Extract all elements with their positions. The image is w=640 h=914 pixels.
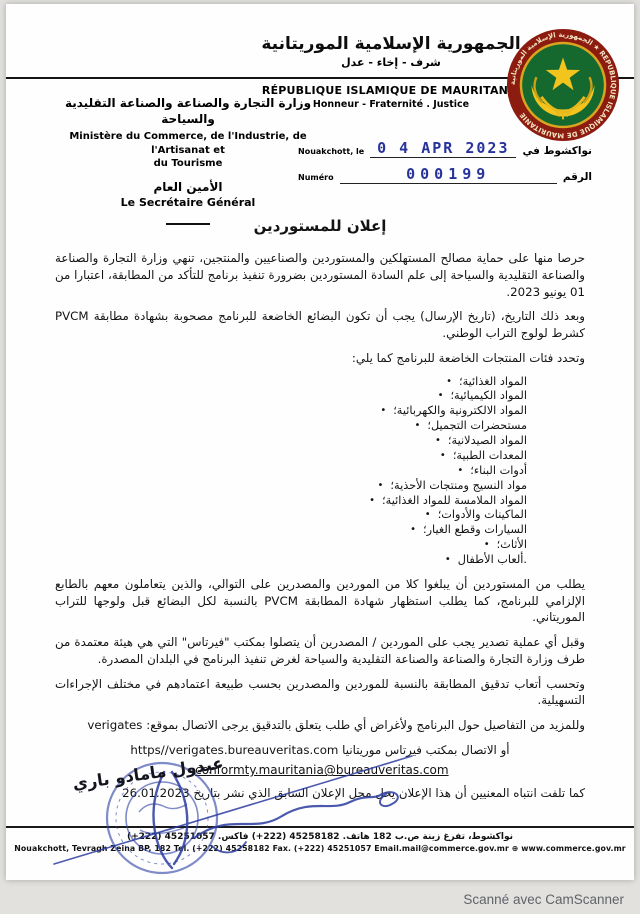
- ministry-block: وزارة التجارة والصناعة والصناعة التقليدي…: [48, 96, 328, 225]
- date-field: 0 4 APR 2023: [370, 138, 516, 158]
- category-item: •الماكينات والأدوات؛: [55, 508, 527, 523]
- category-label: المواد الالكترونية والكهربائية؛: [393, 404, 527, 417]
- category-item: •ألعاب الأطفال.: [55, 553, 527, 568]
- bullet-icon: •: [369, 495, 375, 506]
- paragraph-intro: حرصا منها على حماية مصالح المستهلكين وال…: [55, 250, 585, 300]
- ministry-name-french-line2: du Tourisme: [48, 157, 328, 171]
- ministry-name-french-line1: Ministère du Commerce, de l'Industrie, d…: [48, 130, 328, 157]
- category-label: المعدات الطبية؛: [453, 449, 527, 462]
- category-label: ألعاب الأطفال.: [458, 553, 527, 566]
- bullet-icon: •: [438, 390, 444, 401]
- secretary-general-french: Le Secrétaire Général: [48, 196, 328, 209]
- signature-block: عبدول مامادو باري: [44, 742, 474, 880]
- category-item: •المعدات الطبية؛: [55, 449, 527, 464]
- category-item: •المواد الملامسة للمواد الغذائية؛: [55, 494, 527, 509]
- category-item: •الأثاث؛: [55, 538, 527, 553]
- category-label: المواد الغذائية؛: [459, 375, 527, 388]
- bullet-icon: •: [440, 450, 446, 461]
- paragraph-veritas: وقبل أي عملية تصدير يجب على الموردين / ا…: [55, 634, 585, 668]
- document-title: إعلان للمستوردين: [55, 217, 585, 235]
- republic-title-arabic: الجمهورية الإسلامية الموريتانية: [236, 34, 546, 54]
- number-stamp: 000199: [406, 165, 490, 183]
- category-label: مستحضرات التجميل؛: [427, 419, 527, 432]
- bullet-icon: •: [435, 435, 441, 446]
- category-label: الأثاث؛: [497, 538, 527, 551]
- category-label: الماكينات والأدوات؛: [438, 508, 527, 521]
- number-field: 000199: [340, 164, 557, 184]
- product-category-list: •المواد الغذائية؛•المواد الكيميائية؛•الم…: [55, 375, 527, 568]
- category-item: •السيارات وقطع الغيار؛: [55, 523, 527, 538]
- secretary-general-arabic: الأمين العام: [48, 180, 328, 194]
- bullet-icon: •: [445, 554, 451, 565]
- bullet-icon: •: [457, 465, 463, 476]
- category-item: •المواد الالكترونية والكهربائية؛: [55, 404, 527, 419]
- camscanner-watermark: Scanné avec CamScanner: [463, 892, 624, 907]
- category-item: •مواد النسيج ومنتجات الأحذية؛: [55, 479, 527, 494]
- bullet-icon: •: [484, 539, 490, 550]
- paragraph-more-details: وللمزيد من التفاصيل حول البرنامج ولأغراض…: [55, 717, 585, 734]
- mauritania-seal-icon: الجمهورية الإسلامية الموريتانية ★ REPUBL…: [504, 26, 622, 144]
- paragraph-notify: يطلب من المستوردين أن يبلغوا كلا من المو…: [55, 576, 585, 626]
- bullet-icon: •: [446, 376, 452, 387]
- letter-body: إعلان للمستوردين حرصا منها على حماية مصا…: [55, 217, 585, 810]
- category-item: •مستحضرات التجميل؛: [55, 419, 527, 434]
- category-item: •المواد الكيميائية؛: [55, 389, 527, 404]
- paragraph-list-intro: وتحدد فئات المنتجات الخاضعة للبرنامج كما…: [55, 350, 585, 367]
- document-page: الجمهورية الإسلامية الموريتانية شرف - إخ…: [6, 4, 634, 880]
- category-label: المواد الكيميائية؛: [450, 389, 527, 402]
- bullet-icon: •: [415, 420, 421, 431]
- category-label: أدوات البناء؛: [470, 464, 527, 477]
- category-item: •المواد الغذائية؛: [55, 375, 527, 390]
- bullet-icon: •: [410, 524, 416, 535]
- blue-stamp-and-signature-icon: [44, 742, 474, 880]
- date-stamp: 0 4 APR 2023: [377, 139, 509, 157]
- date-number-block: Nouakchott, le 0 4 APR 2023 نواكشوط في N…: [298, 138, 594, 190]
- city-label-french: Nouakchott, le: [298, 147, 364, 158]
- numero-label-arabic: الرقم: [563, 171, 592, 184]
- motto-arabic: شرف - إخاء - عدل: [236, 56, 546, 69]
- city-label-arabic: نواكشوط في: [522, 145, 592, 158]
- bullet-icon: •: [378, 480, 384, 491]
- numero-label-french: Numéro: [298, 173, 334, 184]
- category-label: مواد النسيج ومنتجات الأحذية؛: [390, 479, 527, 492]
- ministry-name-arabic: وزارة التجارة والصناعة والصناعة التقليدي…: [48, 96, 328, 127]
- bullet-icon: •: [380, 405, 386, 416]
- category-item: •المواد الصيدلانية؛: [55, 434, 527, 449]
- paragraph-pvcm-rule: وبعد ذلك التاريخ، (تاريخ الإرسال) يجب أن…: [55, 308, 585, 342]
- category-item: •أدوات البناء؛: [55, 464, 527, 479]
- number-row: Numéro 000199 الرقم: [298, 164, 594, 184]
- category-label: السيارات وقطع الغيار؛: [423, 523, 527, 536]
- bullet-icon: •: [425, 509, 431, 520]
- category-label: المواد الصيدلانية؛: [448, 434, 527, 447]
- category-label: المواد الملامسة للمواد الغذائية؛: [382, 494, 527, 507]
- paragraph-fees: وتحسب أتعاب تدقيق المطابقة بالنسبة للمور…: [55, 676, 585, 710]
